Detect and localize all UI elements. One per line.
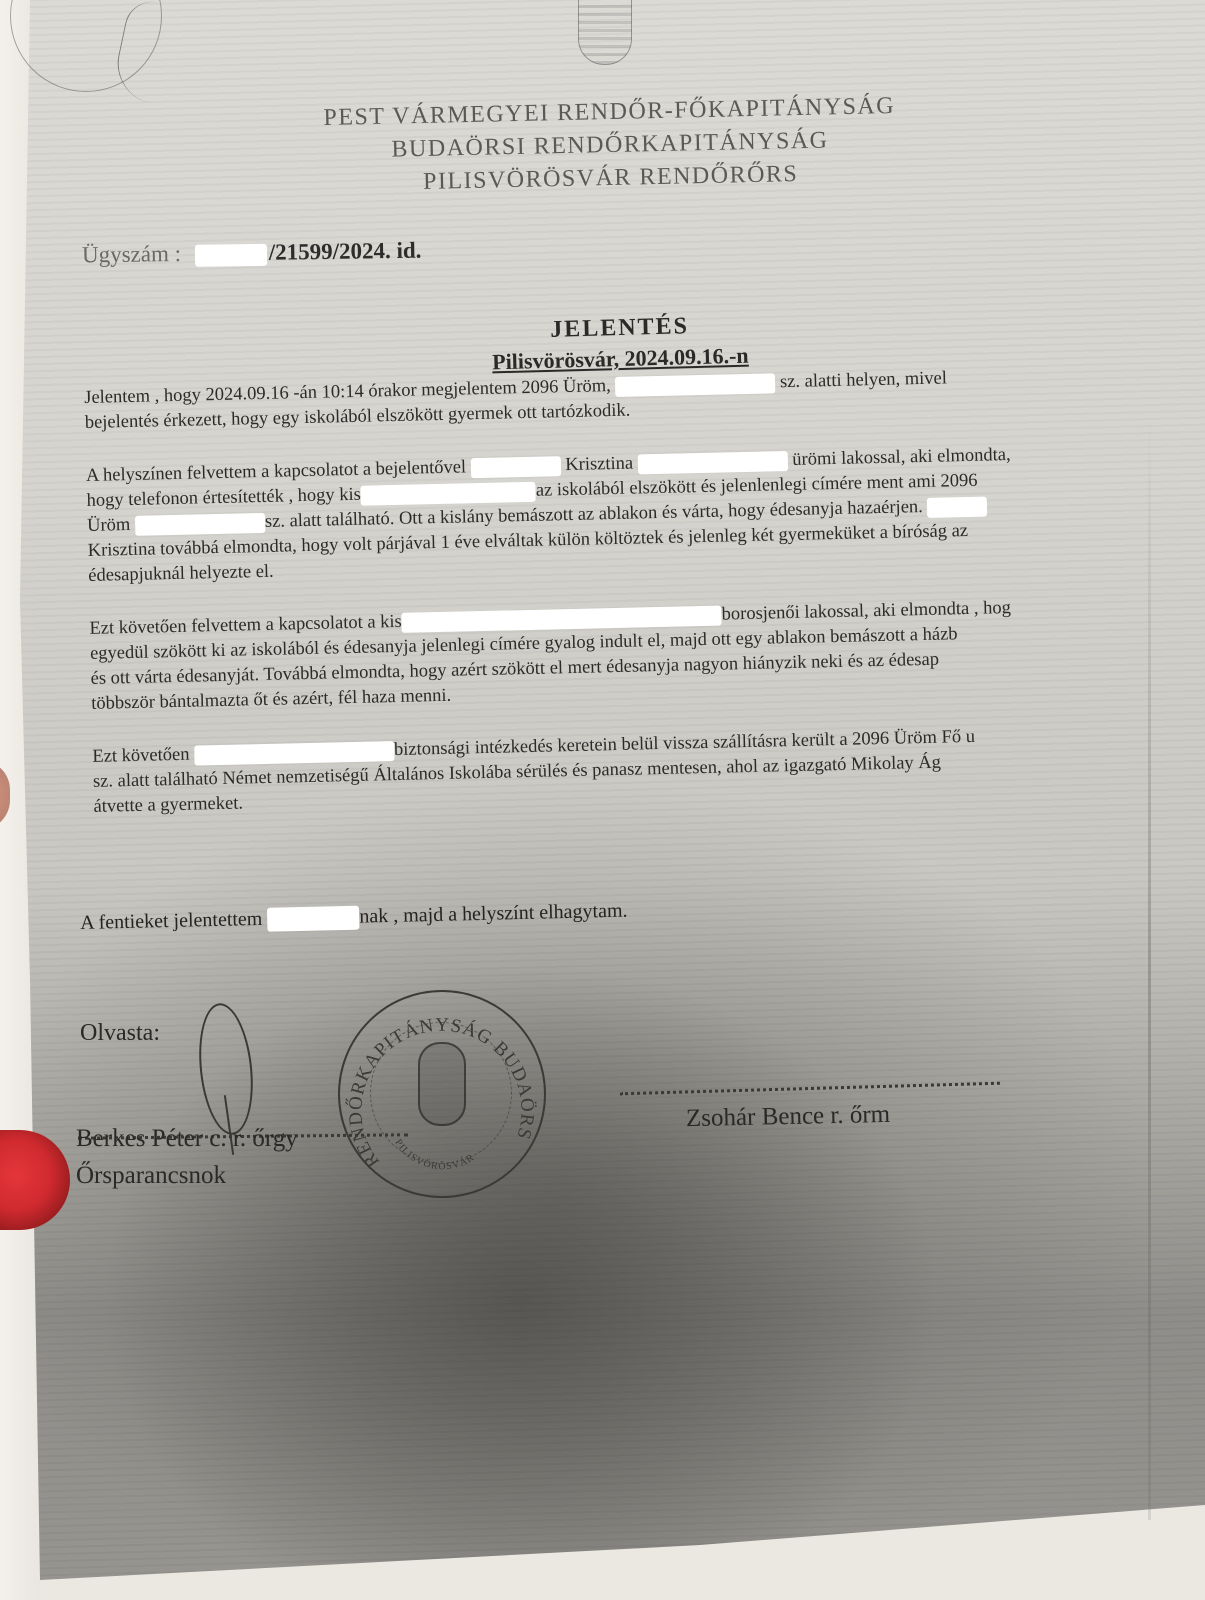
case-number-label: Ügyszám :: [82, 241, 181, 267]
text-segment: átvette a gyermeket.: [93, 794, 243, 817]
closing-text: A fentieket jelentettem: [80, 908, 268, 934]
text-segment: Üröm: [87, 515, 135, 536]
text-segment: sz. alatti helyen, mivel: [775, 368, 947, 392]
read-by-label: Olvasta:: [80, 1020, 160, 1047]
closing-sentence: A fentieket jelentettem nak , majd a hel…: [80, 900, 628, 937]
stamp-text: RENDŐRKAPITÁNYSÁG BUDAÖRS PILISVÖRÖSVÁR: [340, 992, 544, 1196]
redaction-block: [194, 741, 394, 766]
document-page: PEST VÁRMEGYEI RENDŐR-FŐKAPITÁNYSÁG BUDA…: [0, 0, 1205, 1600]
closing-text: nak , majd a helyszínt elhagytam.: [359, 900, 628, 928]
coat-of-arms-icon: [578, 0, 632, 65]
commander-role: Őrsparancsnok: [76, 1162, 226, 1190]
report-paragraph: Jelentem , hogy 2024.09.16 -án 10:14 óra…: [84, 360, 1205, 436]
report-paragraph: Ezt követően biztonsági intézkedés keret…: [92, 719, 1205, 820]
svg-text:PILISVÖRÖSVÁR: PILISVÖRÖSVÁR: [392, 1138, 476, 1173]
text-segment: hogy telefonon értesítették , hogy kis: [86, 485, 361, 511]
text-segment: Krisztina: [560, 453, 637, 475]
redaction-block: [638, 451, 788, 474]
redaction-block: [615, 373, 775, 397]
case-number: Ügyszám : /21599/2024. id.: [82, 238, 422, 269]
text-segment: ürömi lakossal, aki elmondta,: [787, 445, 1010, 470]
redaction-block: [927, 496, 987, 517]
redaction-block: [470, 456, 560, 478]
report-body: Jelentem , hogy 2024.09.16 -án 10:14 óra…: [84, 360, 1205, 848]
svg-text:RENDŐRKAPITÁNYSÁG BUDAÖRS: RENDŐRKAPITÁNYSÁG BUDAÖRS: [344, 1015, 538, 1172]
official-stamp: RENDŐRKAPITÁNYSÁG BUDAÖRS PILISVÖRÖSVÁR: [338, 990, 546, 1198]
text-segment: borosjenői lakossal, aki elmondta , hog: [721, 598, 1011, 625]
report-paragraph: A helyszínen felvettem a kapcsolatot a b…: [86, 438, 1205, 589]
redaction-block: [361, 482, 536, 506]
redaction-block: [267, 906, 360, 932]
redaction-block: [195, 244, 267, 267]
commander-name: Berkes Péter c. r. őrgy: [76, 1125, 298, 1153]
text-segment: édesapjuknál helyezte el.: [88, 562, 274, 586]
text-segment: többször bántalmazta őt és azért, fél ha…: [91, 686, 451, 714]
report-heading: JELENTÉS Pilisvörösvár, 2024.09.16.-n: [439, 310, 800, 376]
text-segment: Ezt követően felvettem a kapcsolatot a k…: [89, 612, 402, 639]
redaction-block: [135, 513, 265, 536]
letterhead: PEST VÁRMEGYEI RENDŐR-FŐKAPITÁNYSÁG BUDA…: [289, 89, 931, 201]
case-number-value: /21599/2024. id.: [269, 238, 422, 265]
text-segment: Ezt követően: [92, 745, 194, 767]
report-paragraph: Ezt követően felvettem a kapcsolatot a k…: [89, 591, 1205, 717]
report-title: JELENTÉS: [439, 310, 800, 346]
officer-name: Zsohár Bence r. őrm: [686, 1101, 891, 1133]
signature-line-right: [620, 1082, 1000, 1096]
